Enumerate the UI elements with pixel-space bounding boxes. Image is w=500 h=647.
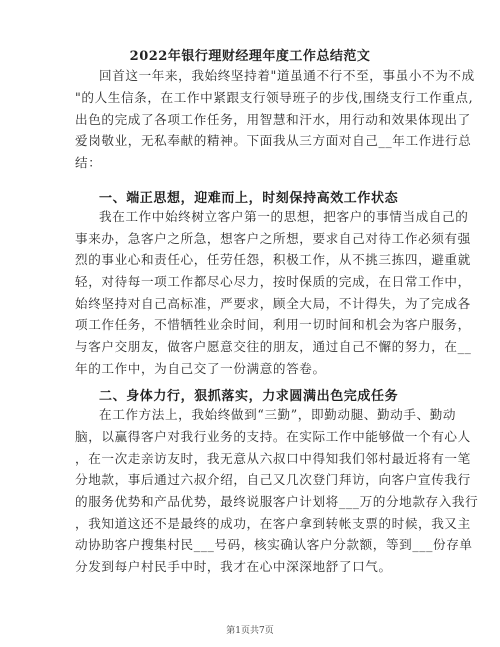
text-line: 始终坚持对自己高标准，严要求，顾全大局，不计得失，为了完成各 bbox=[75, 296, 423, 312]
text-line: 爱岗敬业，无私奉献的精神。下面我从三方面对自己__年工作进行总 bbox=[75, 133, 423, 149]
text-line: 在工作方法上，我始终做到“三勤”，即勤动腿、勤动手、勤动 bbox=[99, 407, 423, 423]
page-number-footer: 第1页共7页 bbox=[0, 623, 500, 636]
text-line: 回首这一年来，我始终坚持着"道虽通不行不至，事虽小不为不成 bbox=[99, 68, 423, 84]
text-line: 项工作任务，不惜牺牲业余时间，利用一切时间和机会为客户服务， bbox=[75, 317, 423, 333]
text-line: ，我知道这还不是最终的成功，在客户拿到转帐支票的时候，我又主 bbox=[75, 516, 423, 532]
document-title: 2022年银行理财经理年度工作总结范文 bbox=[0, 45, 500, 64]
text-line: 事来办，急客户之所急，想客户之所想，要求自己对待工作必须有强 bbox=[75, 231, 423, 247]
text-line: 脑，以赢得客户对我行业务的支持。在实际工作中能够做一个有心人 bbox=[75, 429, 423, 445]
text-line: ，在一次走亲访友时，我无意从六叔口中得知我们邻村最近将有一笔 bbox=[75, 451, 423, 467]
text-line: 轻，对待每一项工作都尽心尽力，按时保质的完成，在日常工作中， bbox=[75, 274, 423, 290]
document-page: 2022年银行理财经理年度工作总结范文 回首这一年来，我始终坚持着"道虽通不行不… bbox=[0, 0, 500, 647]
text-line: 年的工作中，为自己交了一份满意的答卷。 bbox=[75, 361, 423, 377]
text-line: 与客户交朋友，做客户愿意交往的朋友，通过自己不懈的努力，在__ bbox=[75, 339, 423, 355]
text-line: 我在工作中始终树立客户第一的思想，把客户的事情当成自己的 bbox=[99, 209, 423, 225]
text-line: 结： bbox=[75, 155, 423, 171]
text-line: 动协助客户搜集村民___号码，核实确认客户分款额，等到___份存单 bbox=[75, 537, 423, 553]
text-line: 分发到每户村民手中时，我才在心中深深地舒了口气。 bbox=[75, 559, 423, 575]
text-line: 烈的事业心和责任心，任劳任怨，积极工作，从不挑三拣四，避重就 bbox=[75, 252, 423, 268]
text-line: "的人生信条，在工作中紧跟支行领导班子的步伐,围绕支行工作重点, bbox=[75, 90, 423, 106]
section-heading-2: 二、身体力行，狠抓落实，力求圆满出色完成任务 bbox=[99, 385, 398, 404]
text-line: 的服务优势和产品优势，最终说服客户计划将___万的分地款存入我行 bbox=[75, 494, 423, 510]
text-line: 出色的完成了各项工作任务，用智慧和汗水，用行动和效果体现出了 bbox=[75, 112, 423, 128]
text-line: 分地款，事后通过六叔介绍，自己又几次登门拜访，向客户宣传我行 bbox=[75, 472, 423, 488]
section-heading-1: 一、端正思想，迎难而上，时刻保持高效工作状态 bbox=[99, 187, 398, 206]
